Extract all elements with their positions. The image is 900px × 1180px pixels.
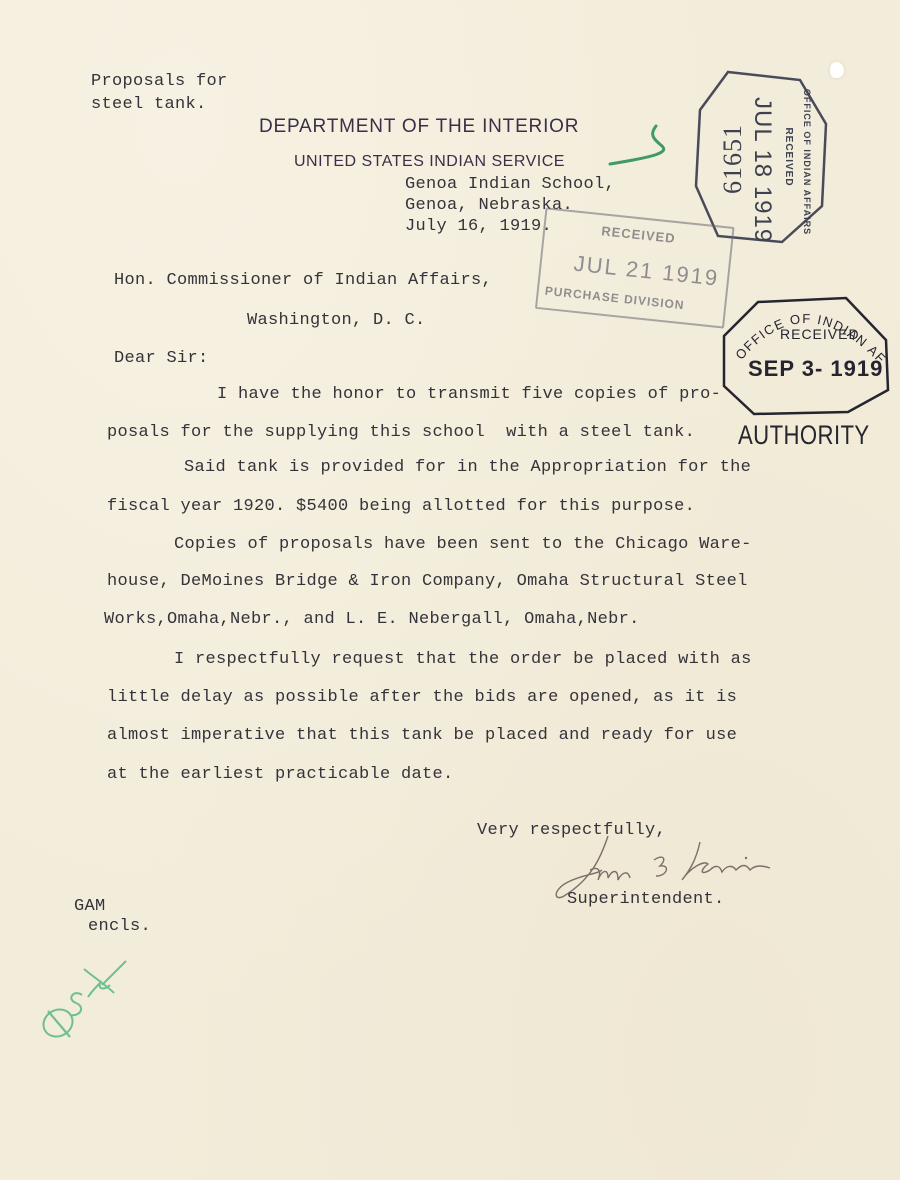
body-line: I have the honor to transmit five copies… (217, 385, 721, 404)
body-line: at the earliest practicable date. (107, 765, 454, 784)
body-line: Copies of proposals have been sent to th… (174, 535, 752, 554)
stamp-office-label: OFFICE OF INDIAN AFFAIRS (802, 82, 812, 242)
stamp-received-label: RECEIVED (783, 117, 794, 197)
letter-date: July 16, 1919. (405, 217, 552, 236)
green-handwritten-note (36, 945, 136, 1045)
body-line: Said tank is provided for in the Appropr… (184, 458, 751, 477)
typist-initials: GAM (74, 897, 106, 916)
office-received-stamp-sep3: OFFICE OF INDIAN AFFAIRS RECEIVED SEP 3-… (718, 290, 898, 420)
stamp-date: JUL 18 1919 (748, 97, 776, 217)
purchase-division-stamp: RECEIVED JUL 21 1919 PURCHASE DIVISION (529, 205, 740, 345)
green-check-mark (600, 120, 680, 170)
authority-stamp: AUTHORITY (738, 420, 870, 451)
stamp-received-label: RECEIVED (780, 326, 860, 342)
subject-line-2: steel tank. (91, 95, 207, 114)
body-line: house, DeMoines Bridge & Iron Company, O… (107, 572, 748, 591)
stamp-number: 61651 (718, 99, 748, 219)
enclosures-note: encls. (88, 917, 151, 936)
office-received-stamp-jul18: OFFICE OF INDIAN AFFAIRS RECEIVED JUL 18… (690, 66, 835, 248)
letterhead-department: DEPARTMENT OF THE INTERIOR (259, 116, 579, 138)
salutation: Dear Sir: (114, 349, 209, 368)
body-line: fiscal year 1920. $5400 being allotted f… (107, 497, 695, 516)
sender-address-line-1: Genoa Indian School, (405, 175, 615, 194)
letterhead-service: UNITED STATES INDIAN SERVICE (294, 153, 565, 171)
stamp-date: SEP 3- 1919 (748, 356, 883, 382)
octagon-stamp-border: OFFICE OF INDIAN AFFAIRS (718, 290, 898, 420)
subject-line-1: Proposals for (91, 72, 228, 91)
recipient-line-1: Hon. Commissioner of Indian Affairs, (114, 271, 492, 290)
body-line: I respectfully request that the order be… (174, 650, 752, 669)
body-line: almost imperative that this tank be plac… (107, 726, 737, 745)
body-line: posals for the supplying this school wit… (107, 423, 695, 442)
recipient-line-2: Washington, D. C. (247, 311, 426, 330)
signature-title: Superintendent. (567, 890, 725, 909)
body-line: little delay as possible after the bids … (107, 688, 737, 707)
body-line: Works,Omaha,Nebr., and L. E. Nebergall, … (104, 610, 640, 629)
